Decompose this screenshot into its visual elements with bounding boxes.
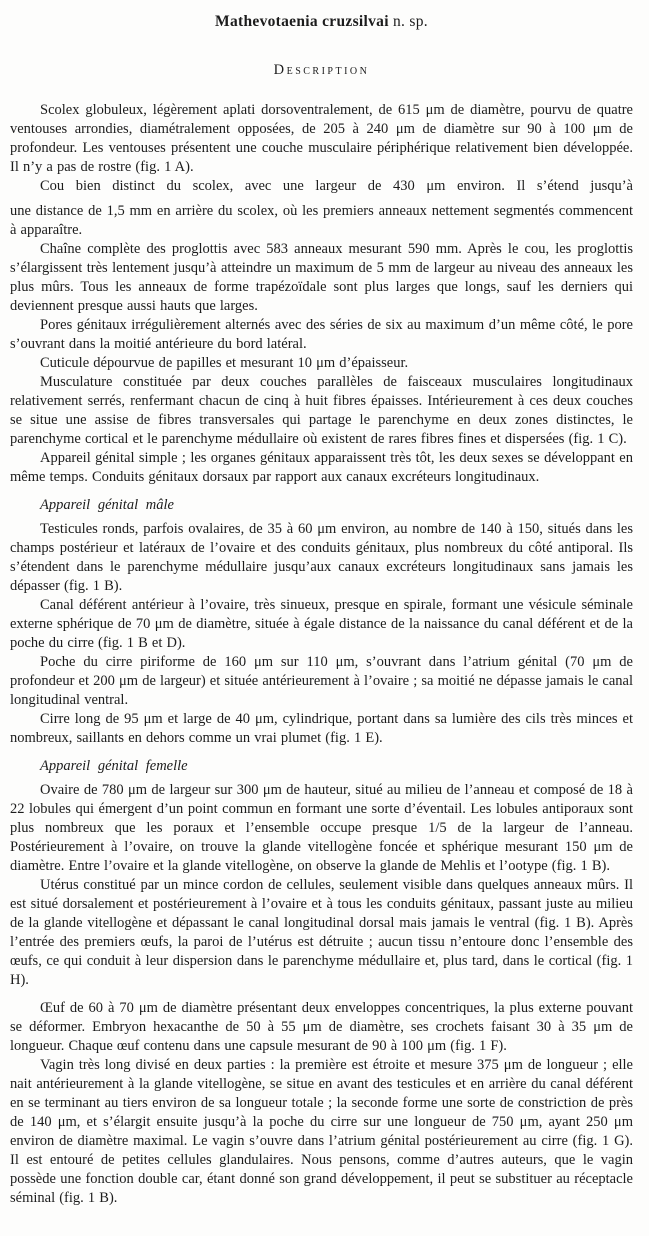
- paragraph-scolex: Scolex globuleux, légèrement aplati dors…: [10, 101, 633, 177]
- species-authority: n. sp.: [389, 13, 428, 30]
- description-heading: Description: [10, 61, 633, 80]
- document-page: Mathevotaenia cruzsilvai n. sp. Descript…: [0, 0, 649, 1236]
- paragraph-chaine-proglottis: Chaîne complète des proglottis avec 583 …: [10, 240, 633, 316]
- species-title: Mathevotaenia cruzsilvai n. sp.: [10, 12, 633, 31]
- species-name: Mathevotaenia cruzsilvai: [215, 13, 389, 30]
- paragraph-appareil-genital-simple: Appareil génital simple ; les organes gé…: [10, 449, 633, 487]
- paragraph-musculature: Musculature constituée par deux couches …: [10, 373, 633, 449]
- paragraph-poche-du-cirre: Poche du cirre piriforme de 160 μm sur 1…: [10, 653, 633, 710]
- paragraph-cirre: Cirre long de 95 μm et large de 40 μm, c…: [10, 710, 633, 748]
- subheading-appareil-genital-male: Appareil génital mâle: [40, 496, 633, 515]
- paragraph-pores-genitaux: Pores génitaux irrégulièrement alternés …: [10, 316, 633, 354]
- paragraph-cou: Cou bien distinct du scolex, avec une la…: [10, 177, 633, 196]
- subheading-appareil-genital-femelle: Appareil génital femelle: [40, 757, 633, 776]
- paragraph-uterus: Utérus constitué par un mince cordon de …: [10, 876, 633, 990]
- paragraph-canal-deferent: Canal déférent antérieur à l’ovaire, trè…: [10, 596, 633, 653]
- paragraph-vagin: Vagin très long divisé en deux parties :…: [10, 1056, 633, 1208]
- paragraph-ovaire: Ovaire de 780 μm de largeur sur 300 μm d…: [10, 781, 633, 876]
- paragraph-cou-continuation: une distance de 1,5 mm en arrière du sco…: [10, 202, 633, 240]
- paragraph-oeuf: Œuf de 60 à 70 μm de diamètre présentant…: [10, 999, 633, 1056]
- paragraph-testicules: Testicules ronds, parfois ovalaires, de …: [10, 520, 633, 596]
- paragraph-cuticule: Cuticule dépourvue de papilles et mesura…: [10, 354, 633, 373]
